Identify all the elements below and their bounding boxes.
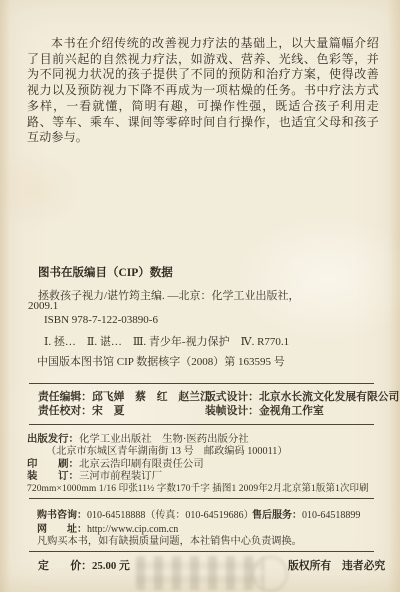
copyright-notice: 版权所有 违者必究 [288,558,385,573]
replacement-notice: 凡购买本书，如有缺损质量问题，本社销售中心负责调换。 [37,532,302,547]
divider-top-of-footer [29,551,374,552]
price-label: 定 价： [38,560,92,572]
binding-design-value: 金视角工作室 [259,405,324,417]
cip-classification-line: Ⅰ. 拯… Ⅱ. 谌… Ⅲ. 青少年-视力保护 Ⅳ. R770.1 [44,333,289,349]
proofreader-row: 责任校对：宋 夏 [38,403,124,418]
binding-design-row: 装帧设计：金视角工作室 [205,403,324,418]
layout-design-value: 北京水长流文化发展有限公司 [259,391,399,403]
purchase-hotline-row: 购书咨询：010-64518888（传真：010-64519686） [37,506,254,521]
editor-names: 邱飞婵 蔡 红 赵兰江 [92,391,211,403]
binding-design-label: 装帧设计： [205,405,259,417]
proofreader-names: 宋 夏 [92,405,124,417]
divider-top-of-staff [29,383,374,384]
responsible-editor-row: 责任编辑：邱飞婵 蔡 红 赵兰江 [38,389,211,404]
divider-top-of-contact [29,498,374,499]
proofreader-label: 责任校对： [38,405,92,417]
cip-publication-year: 2009.1 [28,300,58,312]
after-sale-label: 售后服务： [252,510,302,521]
divider-top-of-publishing [29,424,374,425]
page-bleedthrough-ghost [0,135,120,245]
stamp-ring-ghost [252,556,288,592]
isbn-line: ISBN 978-7-122-03890-6 [44,314,158,326]
print-spec-line: 720mm×1000mm 1/16 印张11½ 字数170千字 插图1 2009… [27,480,369,494]
layout-design-label: 版式设计： [205,391,259,403]
layout-design-row: 版式设计：北京水长流文化发展有限公司 [205,389,399,404]
price-value: 25.00 元 [92,560,130,572]
book-intro-paragraph: 本书在介绍传统的改善视力疗法的基础上，以大量篇幅介绍了目前兴起的自然视力疗法，如… [27,36,379,146]
cip-heading: 图书在版编目（CIP）数据 [38,264,173,280]
cip-record-number-line: 中国版本图书馆 CIP 数据核字（2008）第 163595 号 [37,353,285,369]
stamp-bleedthrough-ghost [136,556,264,590]
price-row: 定 价：25.00 元 [38,558,130,573]
after-sale-service-row: 售后服务：010-64518899 [252,506,360,521]
cip-publication-line: 拯救孩子视力/谌竹筠主编. —北京：化学工业出版社， [38,287,300,303]
editor-label: 责任编辑： [38,391,92,403]
book-copyright-page: 本书在介绍传统的改善视力疗法的基础上，以大量篇幅介绍了目前兴起的自然视力疗法，如… [0,0,400,592]
after-sale-value: 010-64518899 [302,510,360,521]
